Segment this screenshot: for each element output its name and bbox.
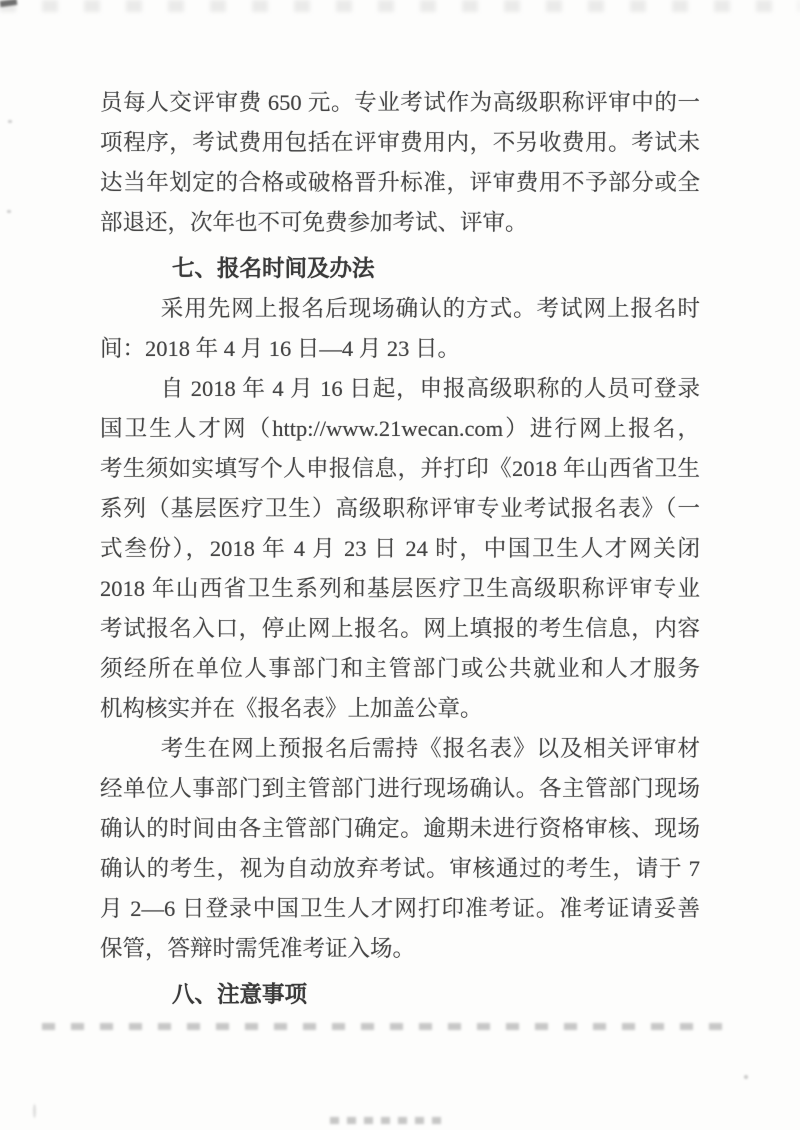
document-line: 自 2018 年 4 月 16 日起，申报高级职称的人员可登录中 bbox=[100, 369, 700, 409]
document-line: 考生须如实填写个人申报信息，并打印《2018 年山西省卫生 bbox=[100, 449, 700, 489]
document-line: 员每人交评审费 650 元。专业考试作为高级职称评审中的一 bbox=[100, 83, 700, 123]
document-line: 考试报名入口，停止网上报名。网上填报的考生信息，内容 bbox=[100, 609, 700, 649]
scanned-document-page: 员每人交评审费 650 元。专业考试作为高级职称评审中的一 项程序，考试费用包括… bbox=[0, 0, 800, 1130]
scan-speck bbox=[33, 1104, 36, 1118]
document-line: 系列（基层医疗卫生）高级职称评审专业考试报名表》（一 bbox=[100, 489, 700, 529]
document-line registration-url-line: 国卫生人才网（http://www.21wecan.com）进行网上报名， bbox=[100, 409, 700, 449]
document-line: 须经所在单位人事部门和主管部门或公共就业和人才服务 bbox=[100, 649, 700, 689]
scan-smudge-bottom-center bbox=[330, 1117, 446, 1124]
scan-speck bbox=[744, 1075, 748, 1079]
scan-noise-top-edge bbox=[0, 0, 800, 12]
document-line: 部退还，次年也不可免费参加考试、评审。 bbox=[100, 203, 700, 243]
scan-speck bbox=[7, 210, 11, 213]
document-line: 机构核实并在《报名表》上加盖公章。 bbox=[100, 689, 700, 729]
document-body: 员每人交评审费 650 元。专业考试作为高级职称评审中的一 项程序，考试费用包括… bbox=[100, 83, 700, 1015]
section-heading-7: 七、报名时间及办法 bbox=[100, 249, 700, 289]
document-line: 式叁份），2018 年 4 月 23 日 24 时，中国卫生人才网关闭 bbox=[100, 529, 700, 569]
document-line: 2018 年山西省卫生系列和基层医疗卫生高级职称评审专业 bbox=[100, 569, 700, 609]
section-heading-8: 八、注意事项 bbox=[100, 975, 700, 1015]
document-line: 保管，答辩时需凭准考证入场。 bbox=[100, 929, 700, 969]
document-line: 确认的考生，视为自动放弃考试。审核通过的考生，请于 7 bbox=[100, 849, 700, 889]
document-line: 考生在网上预报名后需持《报名表》以及相关评审材料 bbox=[100, 729, 700, 769]
document-line: 月 2—6 日登录中国卫生人才网打印准考证。准考证请妥善 bbox=[100, 889, 700, 929]
document-line: 项程序，考试费用包括在评审费用内，不另收费用。考试未 bbox=[100, 123, 700, 163]
document-line: 达当年划定的合格或破格晋升标准，评审费用不予部分或全 bbox=[100, 163, 700, 203]
document-line: 间：2018 年 4 月 16 日—4 月 23 日。 bbox=[100, 329, 700, 369]
scan-noise-band bbox=[42, 1023, 732, 1030]
document-line: 经单位人事部门到主管部门进行现场确认。各主管部门现场 bbox=[100, 769, 700, 809]
document-line: 确认的时间由各主管部门确定。逾期未进行资格审核、现场 bbox=[100, 809, 700, 849]
scan-speck bbox=[8, 120, 12, 123]
document-line: 采用先网上报名后现场确认的方式。考试网上报名时 bbox=[100, 289, 700, 329]
